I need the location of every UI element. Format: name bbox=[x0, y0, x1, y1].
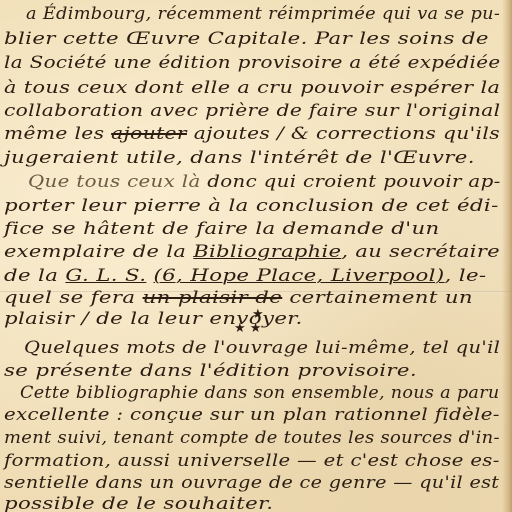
text-fragment: de la bbox=[4, 266, 58, 286]
text-fragment: ajoutes / & corrections qu'ils bbox=[194, 124, 500, 144]
text-line: Cette bibliographie dans son ensemble, n… bbox=[20, 383, 500, 403]
text-line: se présente dans l'édition provisoire. bbox=[4, 361, 417, 381]
underlined-address: (6, Hope Place, Liverpool) bbox=[153, 266, 444, 286]
text-line: Quelques mots de l'ouvrage lui-même, tel… bbox=[24, 338, 500, 358]
text-line: a Édimbourg, récemment réimprimée qui va… bbox=[26, 4, 500, 24]
text-line: à tous ceux dont elle a cru pouvoir espé… bbox=[4, 78, 500, 98]
text-fragment: même les bbox=[4, 124, 104, 144]
text-line: même les ajouter ajoutes / & corrections… bbox=[4, 124, 500, 144]
text-line: ment suivi, tenant compte de toutes les … bbox=[4, 428, 500, 448]
underlined-abbrev: G. L. S. bbox=[65, 266, 146, 286]
text-line: formation, aussi universelle — et c'est … bbox=[4, 451, 500, 471]
text-fragment: , le- bbox=[445, 266, 487, 286]
text-line: sentielle dans un ouvrage de ce genre — … bbox=[4, 473, 499, 493]
manuscript-page: a Édimbourg, récemment réimprimée qui va… bbox=[0, 0, 512, 512]
underlined-title: Bibliographie bbox=[193, 242, 341, 262]
text-line: jugeraient utile, dans l'intérêt de l'Œu… bbox=[4, 148, 475, 168]
star-separator-icon: ★ bbox=[252, 308, 264, 321]
text-line: excellente : conçue sur un plan rationne… bbox=[4, 405, 500, 425]
struck-word: ajouter bbox=[111, 124, 187, 144]
text-fragment: exemplaire de la bbox=[4, 242, 186, 262]
star-separator-icon: ★ ★ bbox=[234, 322, 261, 335]
text-line: porter leur pierre à la conclusion de ce… bbox=[4, 196, 499, 216]
text-line: Que tous ceux là donc qui croient pouvoi… bbox=[28, 172, 501, 192]
text-line: exemplaire de la Bibliographie, au secré… bbox=[4, 242, 500, 262]
text-line: de la G. L. S. (6, Hope Place, Liverpool… bbox=[4, 266, 486, 286]
text-line: la Société une édition provisoire a été … bbox=[4, 53, 501, 73]
text-fragment: quel se fera bbox=[4, 288, 135, 308]
text-line: collaboration avec prière de faire sur l… bbox=[4, 101, 500, 121]
text-fragment: certainement un bbox=[289, 288, 473, 308]
text-line: fice se hâtent de faire la demande d'un bbox=[4, 219, 440, 239]
text-line: possible de le souhaiter. bbox=[4, 494, 273, 512]
text-fragment: donc qui croient pouvoir ap- bbox=[207, 172, 500, 192]
paper-edge-shadow bbox=[502, 0, 512, 512]
text-fragment: , au secrétaire bbox=[341, 242, 500, 262]
text-line: blier cette Œuvre Capitale. Par les soin… bbox=[4, 29, 489, 49]
faint-text-fragment: Que tous ceux là bbox=[28, 172, 201, 192]
text-line: quel se fera un plaisir de certainement … bbox=[4, 288, 473, 308]
struck-phrase: un plaisir de bbox=[143, 288, 283, 308]
